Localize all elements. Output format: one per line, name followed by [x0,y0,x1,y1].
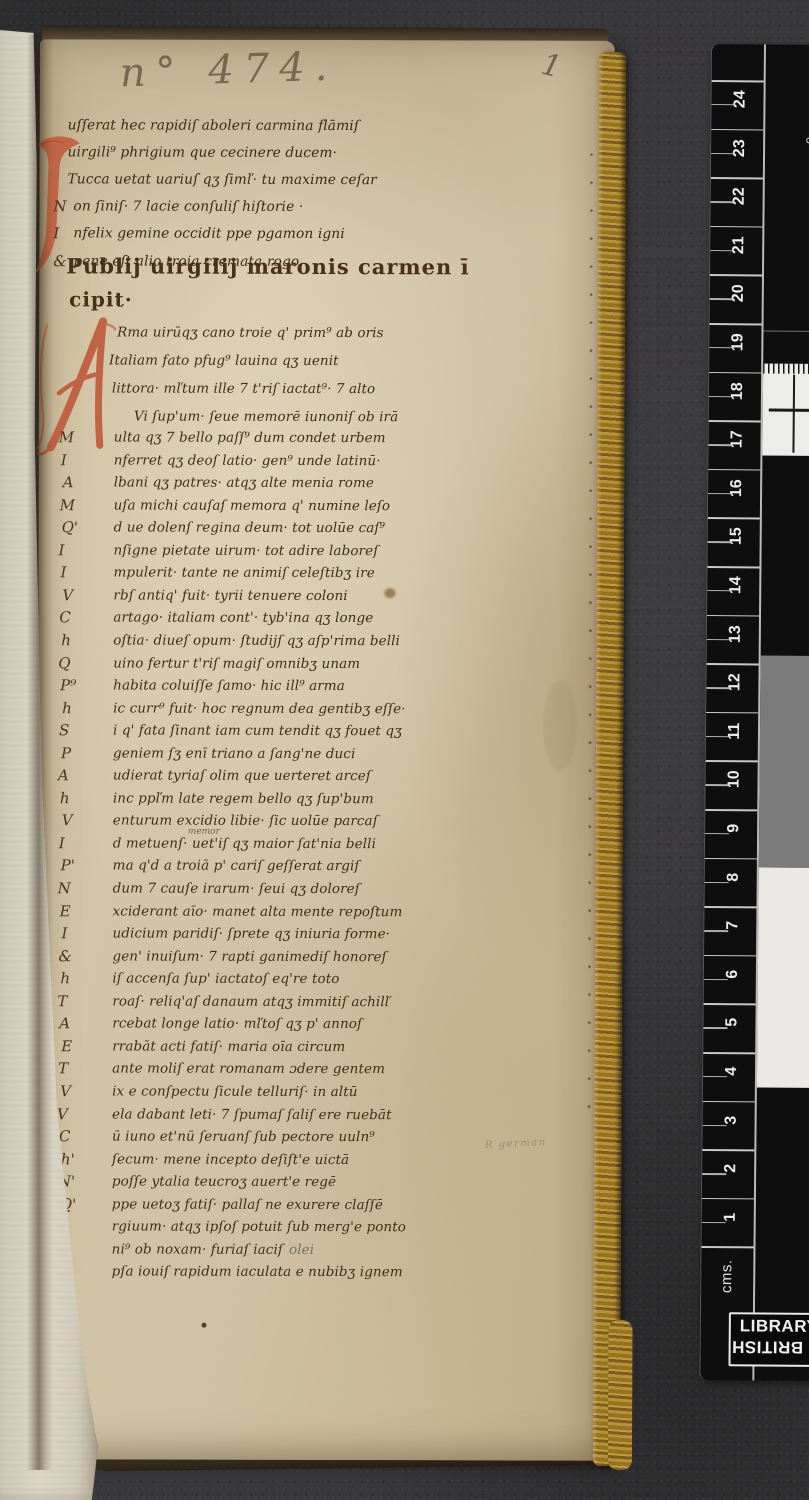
manuscript-photograph: n° 474. 1 uſſerat hec rapidiſ aboleri ca… [0,0,809,1500]
verse-line-text: gen' inuiſum· 7 rapti ganimediſ honoreſ [112,948,386,965]
red-initial-A [37,315,117,457]
rubric-title-line1: Publij uirgilij maronis carmen ī [66,253,469,279]
half-cm-tick [704,930,728,932]
cm-boundary-line [704,1003,756,1005]
cm-number: 17 [724,424,750,454]
cm-number: 10 [721,765,747,795]
cm-boundary-line [710,323,762,325]
half-cm-tick [702,1222,726,1224]
cm-number: 2 [718,1153,744,1183]
cm-number: 20 [726,279,752,309]
crosshair-horizontal [768,409,809,412]
cms-unit-label: cms. [700,1257,752,1295]
half-cm-tick [708,541,732,543]
later-gray-addition: olei [289,1242,314,1258]
verse-line-text: habita coluiſſe ſamo· hic ill⁹ arma [113,677,345,694]
half-cm-tick [709,396,733,398]
gray-calibration-patch [758,655,809,867]
pencil-shelfmark: n° 474. [119,41,410,96]
verse-line-text: d ue dolenſ regina deum· tot uolūe caſ⁹ [114,519,385,536]
interlinear-correction: memor [188,827,220,837]
verse-line-text: artago· italiam cont'· tyb'ina qʒ longe [113,609,373,626]
rubric-title-line2: cipit· [69,287,133,311]
verse-versal-initial: T [57,992,67,1010]
inch-scale-digit: 9 [803,137,809,144]
manuscript-page: n° 474. 1 uſſerat hec rapidiſ aboleri ca… [36,39,615,1461]
cm-boundary-line [707,663,759,665]
verse-line-text: dum 7 cauſe irarum· ſeui qʒ doloreſ [113,880,360,897]
epigram-line-text: on ſiniſ· 7 lacie conſuliſ hiſtorie · [73,199,303,216]
brown-stain [384,588,395,598]
verse-line-text: ppe uetoʒ fatiſ· pallaſ ne exurere claſſ… [112,1196,383,1213]
verse-versal-initial: S [59,721,69,739]
verse-line-text: iſ accenſa ſup' iactatoſ eq're toto [112,970,339,987]
cm-boundary-line [705,809,757,811]
verse-versal-initial: & [58,947,71,965]
cm-boundary-line [710,274,762,276]
half-cm-tick [703,1125,727,1127]
verse-line-text: poſſe ytalia teucroʒ auert'e regē [112,1173,336,1190]
cm-boundary-line [710,226,762,228]
half-cm-tick [710,250,734,252]
verse-line-text: ū iuno et'nū ſeruanſ ſub pectore uuln⁹ [112,1128,375,1145]
half-cm-tick [708,444,732,446]
cm-number: 9 [721,813,747,843]
half-cm-tick [711,104,735,106]
verse-versal-initial: P' [61,856,75,874]
cm-number: 8 [721,862,747,892]
cm-number: 6 [720,959,746,989]
cm-boundary-line [703,1101,755,1103]
half-cm-tick [706,687,730,689]
verse-line-text: rbſ antiq' fuit· tyrii tenuere coloni [113,587,347,604]
cm-boundary-line [708,469,760,471]
cm-number: 5 [719,1008,745,1038]
opening-line-text: Italiam fato pfug⁹ lauina qʒ uenit [109,352,339,369]
verse-versal-initial: V [60,1082,71,1100]
half-cm-tick [710,298,734,300]
ink-speck [201,1323,206,1328]
verse-line-text: ela dabant leti· 7 ſpumaſ ſaliſ ere rueb… [112,1106,392,1123]
cm-number: 4 [719,1056,745,1086]
verse-line-text: roaſ· reliq'aſ danaum atqʒ immitiſ achil… [112,993,390,1010]
verse-line-text: ante moliſ erat romanam ɔdere gentem [112,1060,385,1077]
cm-number: 24 [727,84,753,114]
cm-boundary-line [709,420,761,422]
verse-line-text: oſtia· diueſ opum· ſtudijſ qʒ aſp'rima b… [113,632,400,649]
verse-versal-initial: C [59,1127,71,1145]
cm-boundary-line [706,760,758,762]
verse-line-text: ma q'd a troiā p' cariſ geſſerat argiſ [113,857,360,874]
cm-number: 7 [720,910,746,940]
verse-line-text: xciderant aīo· manet alta mente repoſtum [113,903,403,920]
cm-boundary-line [711,129,763,131]
verse-line-text: rrabāt acti fatiſ· maria oīa circum [112,1038,345,1055]
half-cm-tick [707,639,731,641]
verse-versal-initial: V [57,1105,68,1123]
verse-line-text: rcebat longe latio· mľtoſ qʒ p' annoſ [112,1015,362,1032]
half-cm-tick [702,1173,726,1175]
verse-versal-initial: Q [58,654,70,672]
verse-versal-initial: I [61,451,67,469]
verse-line-text: ſecum· mene incepto deſiſt'e uictā [112,1151,349,1168]
half-cm-tick [706,784,730,786]
verse-line-text: geniem ſʒ enī triano a ſang'ne duci [113,745,355,762]
epigram-line-text: uſſerat hec rapidiſ aboleri carmina flām… [68,117,359,134]
cm-boundary-line [707,566,759,568]
epigram-line-text: Tucca uetat uariuſ qʒ ſimľ· tu maxime ce… [67,172,376,189]
cm-boundary-line [702,1198,754,1200]
faint-smudge [543,681,577,771]
verse-versal-initial: M [60,496,75,514]
half-cm-tick [707,590,731,592]
verse-versal-initial: E [61,1037,72,1055]
cm-number: 16 [724,473,750,503]
cm-boundary-line [707,615,759,617]
verse-versal-initial: N [58,879,71,897]
half-cm-tick [711,153,735,155]
library-label-text: LIBRARY [740,1316,809,1337]
verse-versal-initial: P⁹ [60,676,76,694]
verse-versal-initial: P [61,744,71,762]
verse-versal-initial: A [58,766,69,784]
cm-boundary-line [702,1149,754,1151]
cm-number: 13 [723,619,749,649]
verse-versal-initial: T [58,1059,68,1077]
half-cm-tick [704,979,728,981]
verse-versal-initial: C [59,608,71,626]
verse-versal-initial: Q' [62,518,78,536]
cm-number: 3 [718,1105,744,1135]
opening-line-text: Vi ſup'um· ſeue memorē iunoniſ ob irā [134,408,398,425]
british-library-label: LIBRARY BRITISH [728,1312,809,1367]
cm-boundary-line [711,177,763,179]
verse-line-text: ni⁹ ob noxam· furiaſ iaciſolei [112,1241,314,1258]
verse-line-text: nferret qʒ deoſ latio· gen⁹ unde latinū· [114,452,381,469]
opening-line-text: littora· mľtum ille 7 t'riſ iactat⁹· 7 a… [112,380,375,397]
cm-boundary-line [708,517,760,519]
verse-line-text: nſigne pietate uirum· tot adire laboreſ [114,542,379,559]
cm-number: 12 [722,667,748,697]
cm-boundary-line [705,858,757,860]
verse-versal-initial: A [63,473,74,491]
half-cm-tick [706,736,730,738]
cm-boundary-line [704,955,756,957]
half-cm-tick [709,347,733,349]
verse-versal-initial: A [59,1014,70,1032]
verse-versal-initial: h [61,631,71,649]
half-cm-tick [703,1027,727,1029]
crosshair-vertical [792,375,795,453]
cm-number: 1 [718,1202,744,1232]
calibration-target-patch: 8 [762,363,809,455]
white-calibration-patch [756,867,809,1087]
verse-lines-block: Multa qʒ 7 bello paſſ⁹ dum condet urbemI… [39,429,599,430]
cm-number: 18 [725,376,751,406]
epigram-line-text: uirgili⁹ phrigium que cecinere ducem· [68,144,338,161]
verse-versal-initial: V [62,586,73,604]
cm-boundary-line [706,712,758,714]
cm-number: 21 [726,230,752,260]
inner-division-line [763,330,809,332]
opening-line-text: Rma uirūqʒ cano troie q' prim⁹ ab oris [117,324,384,341]
half-cm-tick [705,833,729,835]
epigram-versal-initial: I [53,225,59,243]
cm-boundary-line [703,1052,755,1054]
verse-line-text: uino fertur t'riſ magiſ omnibʒ unam [113,655,360,672]
british-label-text-inverted: BRITISH [732,1336,804,1357]
epigram-versal-initial: & [53,252,66,270]
verse-line-text: pſa iouiſ rapidum iaculata e nubibʒ igne… [112,1263,403,1280]
verse-line-text: udierat tyriaſ olim que uerteret arceſ [113,767,371,784]
verse-line-text: ix e conſpectu ſicule telluriſ· in altū [112,1083,357,1100]
verse-versal-initial: h' [61,1150,75,1168]
epigram-versal-initial: N [53,198,66,216]
verse-versal-initial: E [60,902,71,920]
verse-line-text: ic curr⁹ fuit· hoc regnum dea gentibʒ eſ… [113,700,405,717]
cm-number: 15 [724,522,750,552]
epigram-line-text: nfelix gemine occidit ppe pgamon igni [73,226,344,243]
cm-boundary-line [704,906,756,908]
cm-number: 19 [725,327,751,357]
verse-versal-initial: M [59,428,74,446]
verse-line-text: uſa michi cauſaſ memora q' numine leſo [114,497,391,514]
verse-versal-initial: I [59,834,65,852]
verse-line-text: ulta qʒ 7 bello paſſ⁹ dum condet urbem [114,429,386,446]
cm-number: 23 [727,133,753,163]
half-cm-tick [705,882,729,884]
verse-line-text: rgiuum· atqʒ ipſoſ potuit ſub merg'e pon… [112,1218,406,1235]
verse-versal-initial: V [62,811,73,829]
verse-versal-initial: I [58,541,64,559]
half-cm-tick [708,493,732,495]
cm-boundary-line [709,372,761,374]
verse-line-text: enturum excidio libie· ſic uolūe parcaſ [113,812,378,829]
verse-versal-initial: h [62,699,72,717]
half-cm-tick [703,1076,727,1078]
verse-line-text: d metuenſ· uet'iſ qʒ maior ſat'nia belli [113,835,376,852]
verse-line-text: udicium paridiſ· ſprete qʒ iniuria forme… [112,925,390,942]
verse-line-text: lbani qʒ patres· atqʒ alte menia rome [114,474,374,491]
cm-boundary-line [712,80,764,82]
verse-line-text: mpulerit· tante ne animiſ celeſtibʒ ire [113,564,374,581]
verse-line-text: i q' fata ſinant iam cum tendit qʒ fouet… [113,722,402,739]
opening-lines-block: Rma uirūqʒ cano troie q' prim⁹ ab orisIt… [39,324,599,325]
verse-versal-initial: I [60,563,66,581]
faint-marginal-note: R german [485,1137,547,1151]
verse-versal-initial: I [61,924,67,942]
verse-versal-initial: h [60,969,70,987]
cm-number: 22 [727,181,753,211]
verse-versal-initial: h [60,789,70,807]
half-cm-tick [711,201,735,203]
cm-number: 11 [722,716,748,746]
cm-number: 14 [723,570,749,600]
verse-line-text: inc ppľm late regem bello qʒ ſup'bum [113,790,374,807]
reference-ruler: 242322212019181716151413121110987654321 … [699,44,809,1381]
epigram-block: uſſerat hec rapidiſ aboleri carmina flām… [52,117,612,118]
cm-boundary-line [701,1246,753,1248]
